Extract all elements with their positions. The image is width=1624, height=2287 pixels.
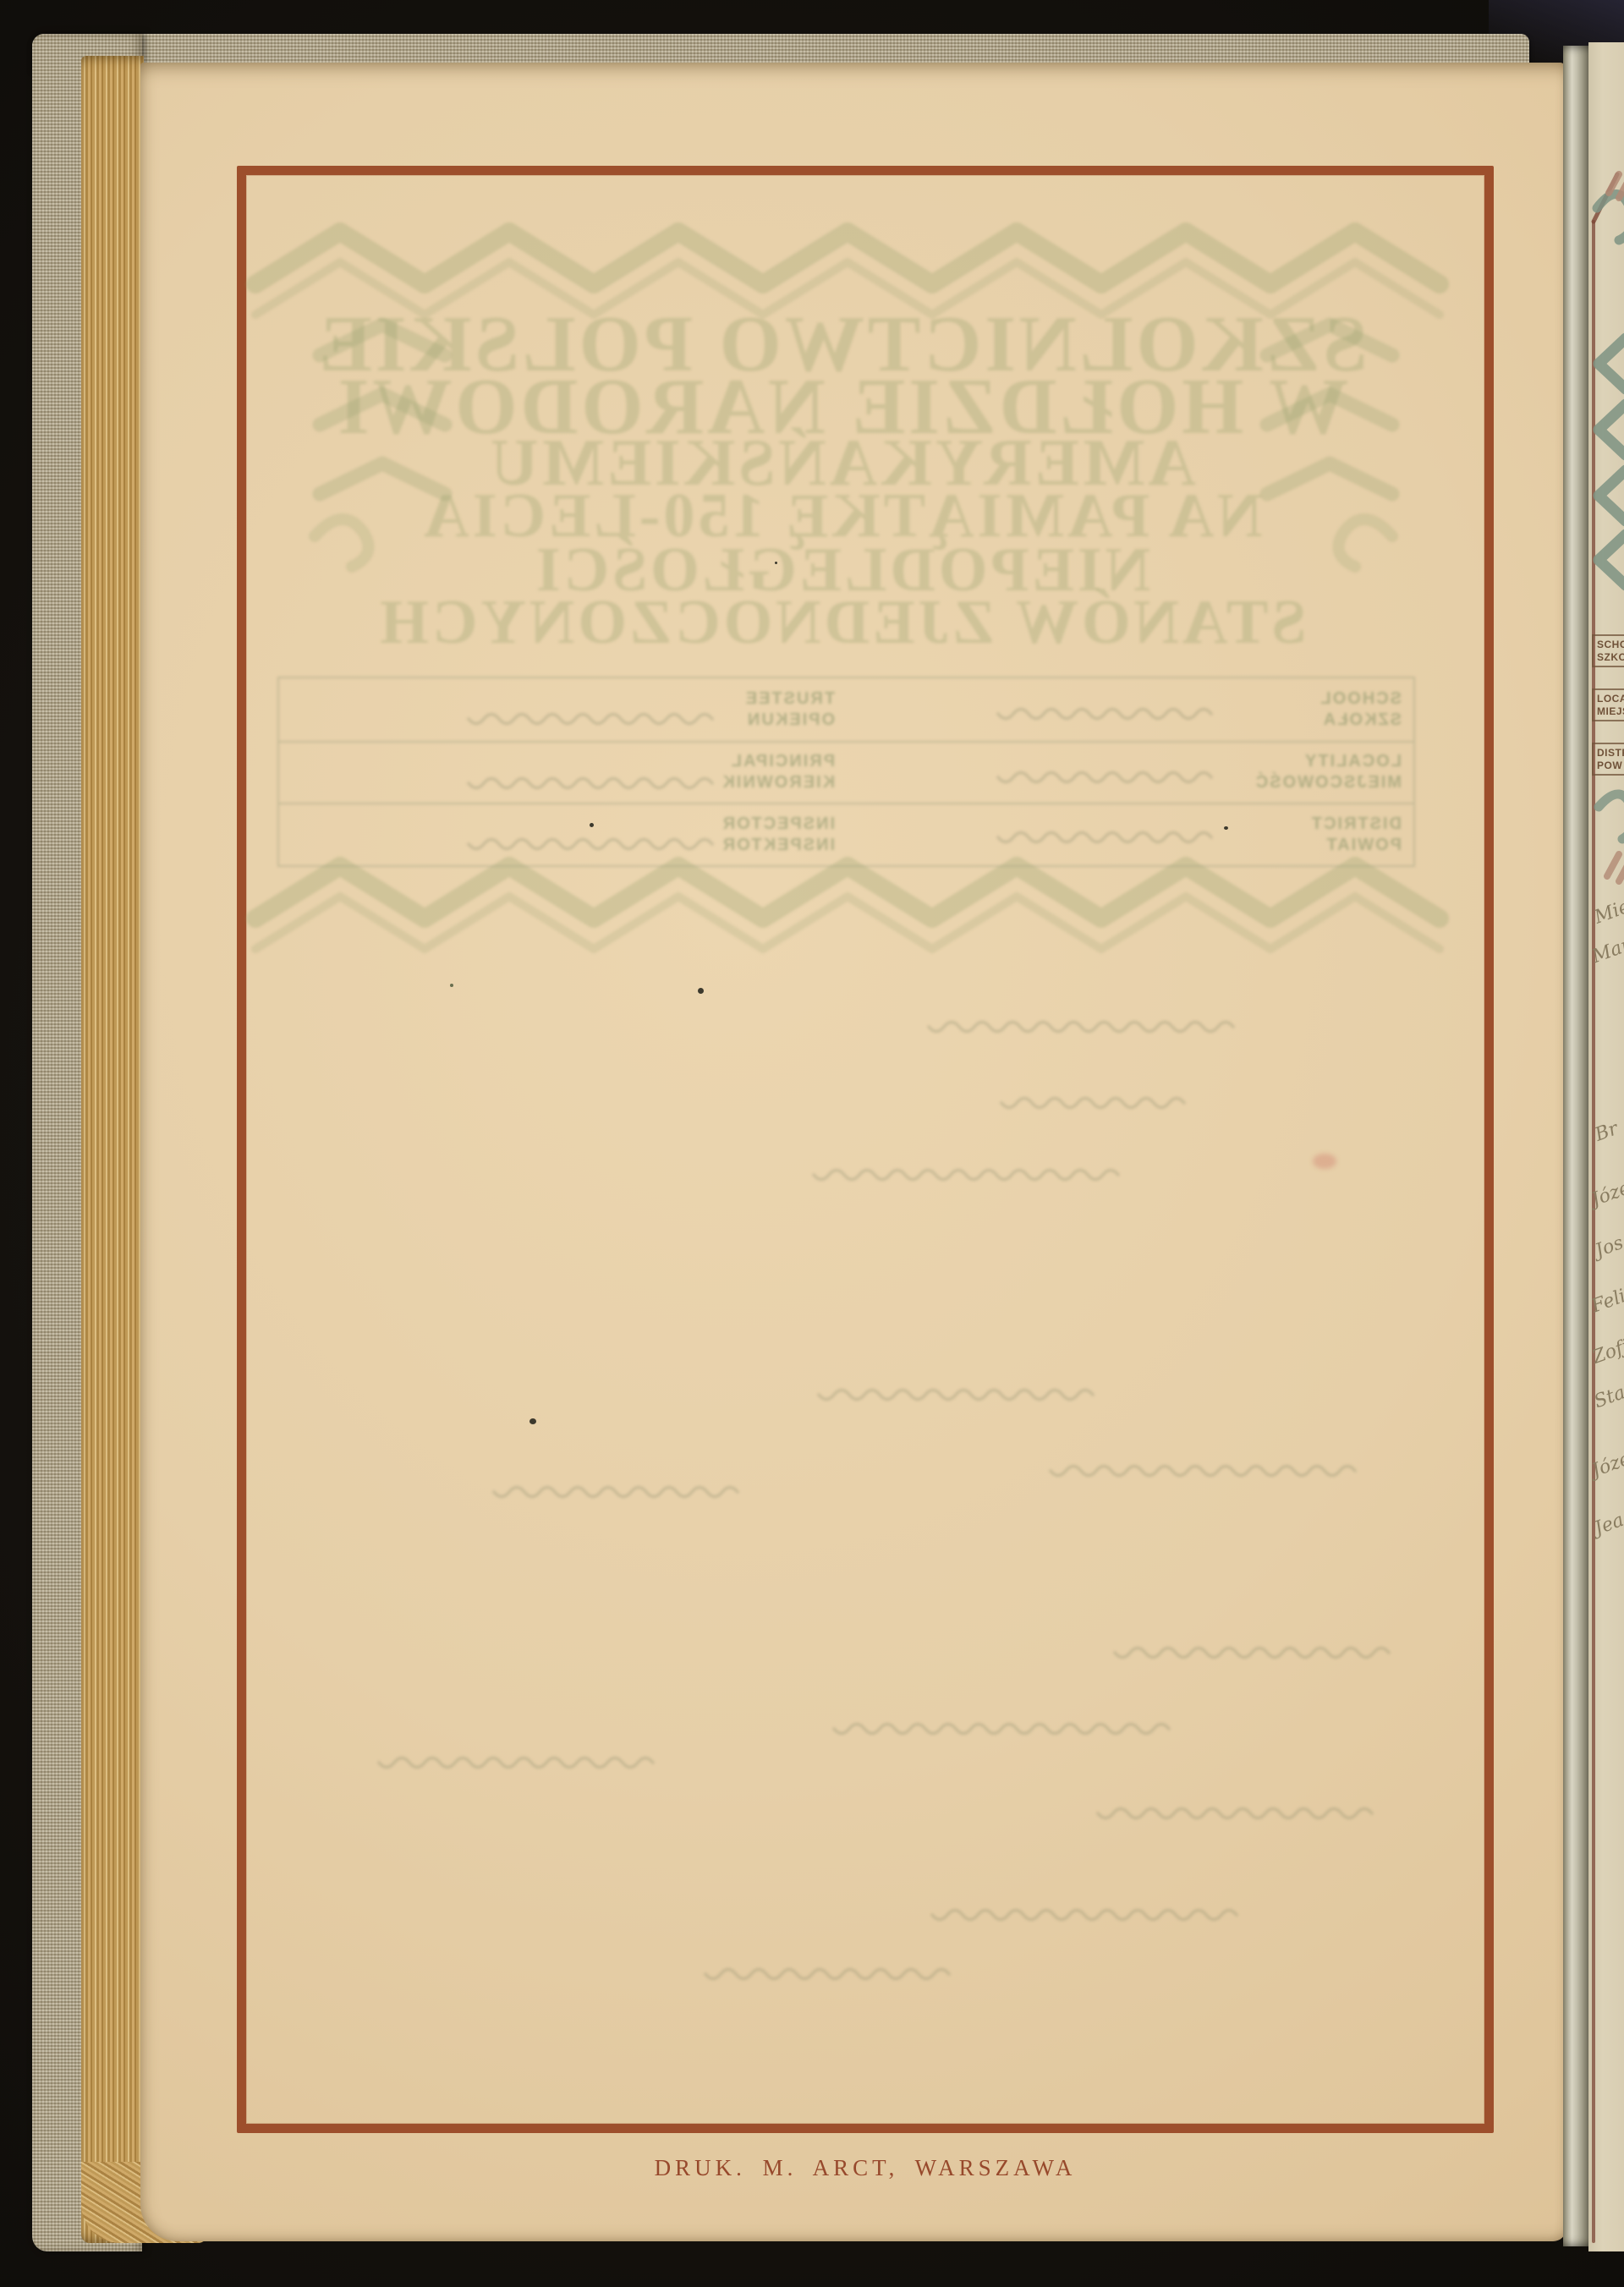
paper-speck	[775, 562, 777, 564]
paper-smudge	[1313, 1154, 1336, 1169]
printer-imprint: DRUK. M. ARCT, WARSZAWA	[237, 2155, 1494, 2181]
next-page-ornaments	[1588, 0, 1624, 2287]
paper-speck	[590, 823, 594, 827]
next-page-form-label: LOCAL MIEJS	[1592, 688, 1624, 721]
next-page-form-label: DISTR POW	[1592, 743, 1624, 776]
next-page-form-label: SCHOO SZKOŁ	[1592, 634, 1624, 667]
page-border-frame	[237, 166, 1494, 2133]
blank-verso-page: SZKOLNICTWO POLSKIE W HOŁDZIE NARODOWI A…	[140, 63, 1566, 2241]
paper-speck	[1224, 826, 1228, 830]
paper-speck	[698, 988, 704, 994]
paper-speck	[529, 1418, 536, 1424]
paper-speck	[450, 984, 453, 987]
book-scan: { "scan": { "printer_imprint": "DRUK. M.…	[0, 0, 1624, 2287]
page-block-edges	[81, 56, 144, 2243]
page-edge-glossy	[1563, 46, 1588, 2246]
next-page-edge: SCHOO SZKOŁ LOCAL MIEJS DISTR POW Miecz …	[1563, 0, 1624, 2287]
